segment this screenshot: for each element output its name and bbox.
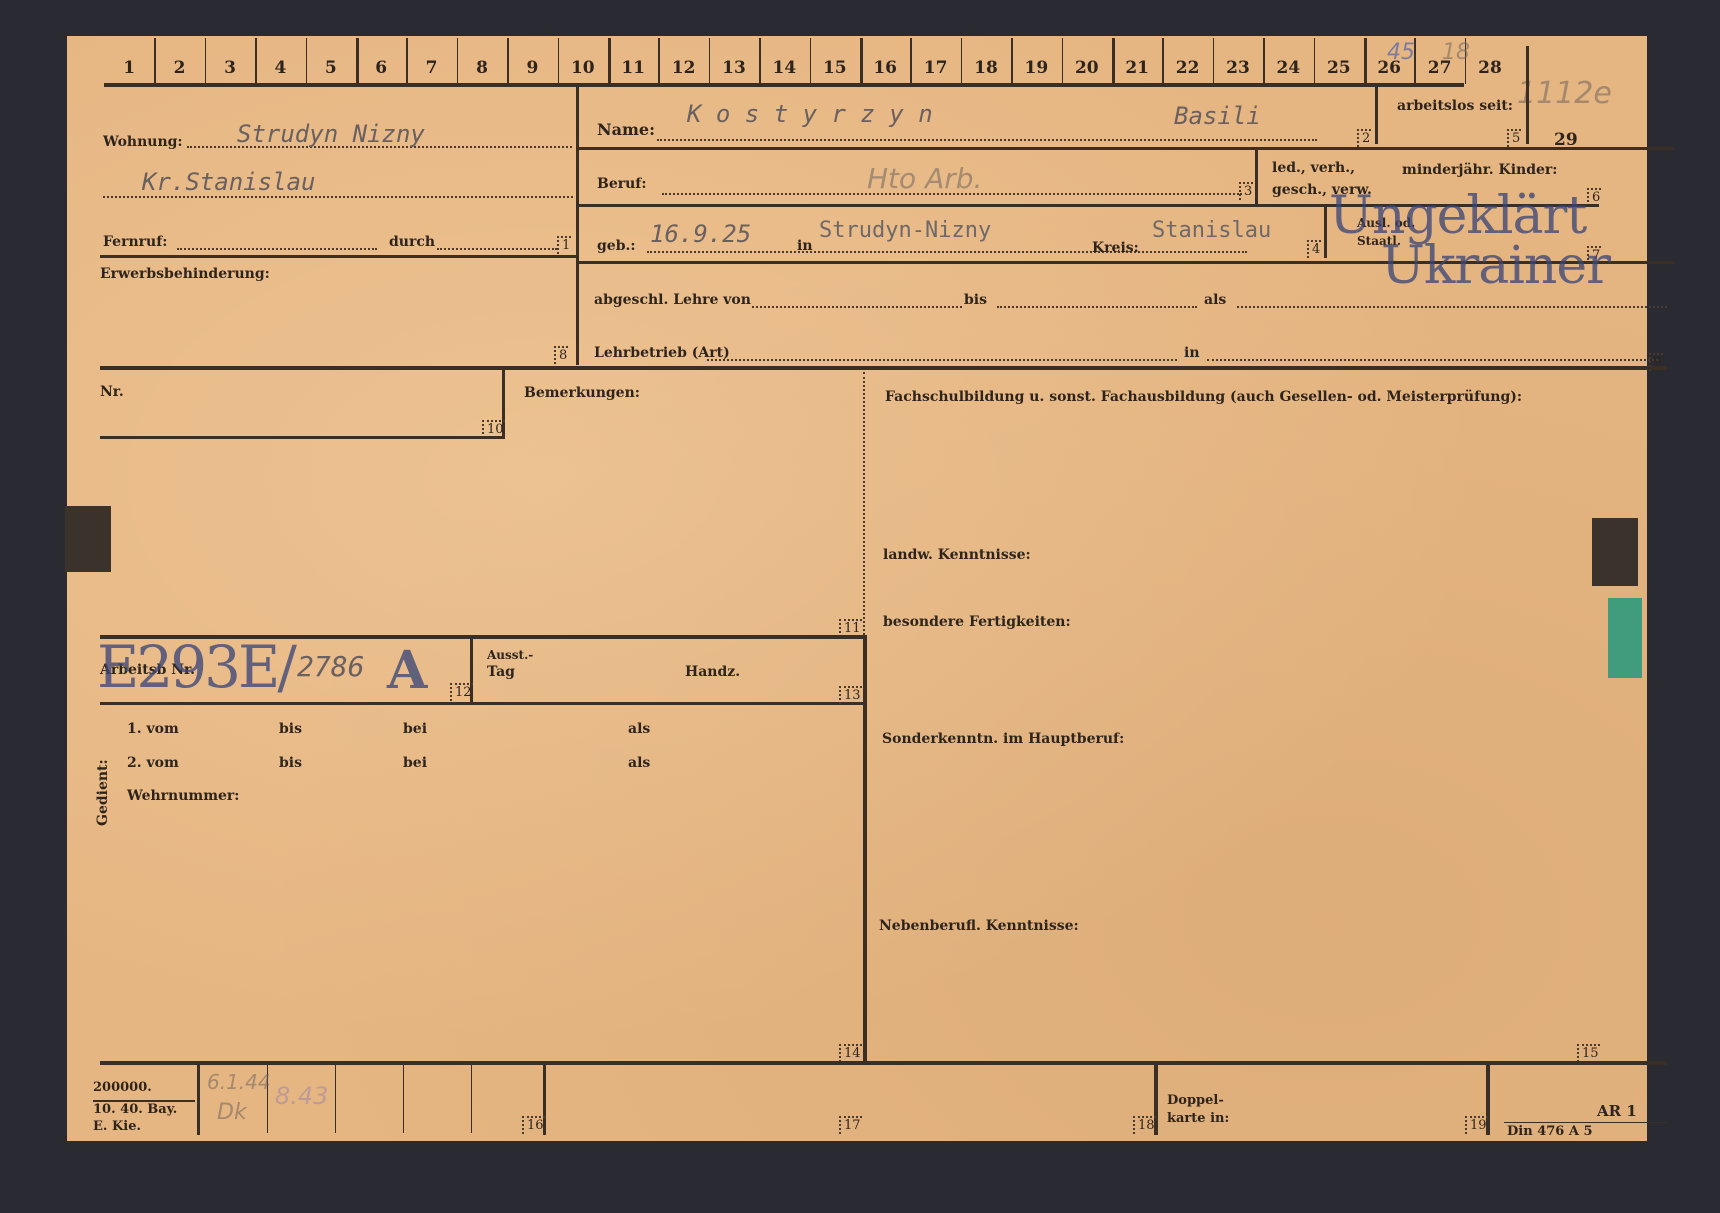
header-number: 28 <box>1470 58 1510 78</box>
header-number: 5 <box>311 58 351 78</box>
name-label: Name: <box>597 120 655 139</box>
header-number: 18 <box>966 58 1006 78</box>
wohnung-label: Wohnung: <box>103 134 183 150</box>
gedient-row1-vom: 1. vom <box>127 721 179 737</box>
gedient-row2-als: als <box>628 755 650 771</box>
header-number: 24 <box>1268 58 1308 78</box>
print-date: 10. 40. Bay. <box>93 1102 177 1117</box>
din-code: Din 476 A 5 <box>1507 1124 1593 1139</box>
field-line <box>103 196 573 198</box>
wohnung-value-2: Kr.Stanislau <box>142 168 315 196</box>
header-tick <box>810 38 812 84</box>
header-number: 12 <box>664 58 704 78</box>
field-number-19: 19 <box>1465 1116 1488 1134</box>
field-line <box>437 248 557 250</box>
header-number: 15 <box>815 58 855 78</box>
field-line <box>1207 359 1662 361</box>
arbeitslos-label: arbeitslos seit: <box>1397 98 1513 114</box>
header-number: 11 <box>613 58 653 78</box>
field-number-14: 14 <box>839 1044 862 1062</box>
punch-mark-left <box>65 506 111 572</box>
gedient-row2-vom: 2. vom <box>127 755 179 771</box>
fertigkeiten-label: besondere Fertigkeiten: <box>883 614 1071 630</box>
firstname-value: Basili <box>1174 102 1261 130</box>
rule <box>100 255 578 258</box>
divider <box>335 1065 336 1133</box>
lehre-bis-label: bis <box>964 292 987 308</box>
header-number: 16 <box>865 58 905 78</box>
field-line <box>752 306 962 308</box>
gedient-row1-als: als <box>628 721 650 737</box>
field-line <box>1237 306 1667 308</box>
divider <box>1526 46 1529 144</box>
gedient-row1-bei: bei <box>403 721 427 737</box>
header-number: 21 <box>1117 58 1157 78</box>
header-tick <box>306 38 308 84</box>
header-number: 22 <box>1168 58 1208 78</box>
field-line <box>657 139 1317 141</box>
handwritten-above-27: 18 <box>1442 40 1470 65</box>
header-rule <box>104 83 1464 87</box>
divider <box>576 87 579 365</box>
field-number-8: 8 <box>554 346 568 364</box>
field-number-17: 17 <box>839 1116 862 1134</box>
doppelkarte-label-1: Doppel- <box>1167 1093 1224 1108</box>
header-tick <box>406 38 408 84</box>
field-number-16: 16 <box>522 1116 545 1134</box>
gedient-row2-bis: bis <box>279 755 302 771</box>
header-tick <box>1213 38 1215 84</box>
wohnung-value: Strudyn Nizny <box>237 120 425 148</box>
field-line <box>707 359 1177 361</box>
header-tick <box>1162 38 1164 84</box>
rule <box>579 147 1674 150</box>
wehrnummer-label: Wehrnummer: <box>127 788 239 804</box>
header-number: 25 <box>1319 58 1359 78</box>
header-number: 19 <box>1016 58 1056 78</box>
header-tick <box>759 38 761 84</box>
handz-label: Handz. <box>685 664 740 680</box>
header-tick <box>658 38 660 84</box>
field-line <box>177 248 377 250</box>
nebenberufl-label: Nebenberufl. Kenntnisse: <box>879 918 1079 934</box>
header-tick <box>255 38 257 84</box>
header-number: 23 <box>1218 58 1258 78</box>
fernruf-label: Fernruf: <box>103 234 167 250</box>
field-number-1: 1 <box>557 236 571 254</box>
geb-value: 16.9.25 <box>650 220 751 248</box>
field-number-4: 4 <box>1307 240 1321 258</box>
header-tick <box>1314 38 1316 84</box>
header-number: 9 <box>512 58 552 78</box>
header-tick <box>910 38 912 84</box>
registration-card: 1234567891011121314151617181920212223242… <box>67 36 1647 1141</box>
header-number: 3 <box>210 58 250 78</box>
field-number-3: 3 <box>1239 182 1253 200</box>
handwritten-date-2: 8.43 <box>275 1082 328 1110</box>
header-number: 13 <box>714 58 754 78</box>
header-tick <box>205 38 207 84</box>
header-tick <box>507 38 509 84</box>
divider <box>197 1065 200 1135</box>
form-code: AR 1 <box>1597 1102 1637 1120</box>
header-number: 17 <box>916 58 956 78</box>
header-tick <box>709 38 711 84</box>
handwritten-initials: Dk <box>217 1100 247 1125</box>
geburtsort-value: Strudyn-Nizny <box>819 218 991 243</box>
header-tick <box>860 38 863 84</box>
divider <box>403 1065 404 1133</box>
handwritten-above-26: 45 <box>1387 40 1415 65</box>
geb-label: geb.: <box>597 238 636 254</box>
rule <box>100 366 1667 370</box>
ausst-label-2: Tag <box>487 664 515 680</box>
kreis-value: Stanislau <box>1152 218 1271 243</box>
punch-mark-right <box>1592 518 1638 586</box>
divider <box>1255 150 1258 205</box>
ausst-label-1: Ausst.- <box>487 648 533 662</box>
lehre-label: abgeschl. Lehre von <box>594 292 751 308</box>
gedient-row1-bis: bis <box>279 721 302 737</box>
header-number: 2 <box>160 58 200 78</box>
lehre-als-label: als <box>1204 292 1226 308</box>
field-number-18: 18 <box>1133 1116 1156 1134</box>
printer-name: E. Kie. <box>93 1119 141 1134</box>
rule <box>100 436 505 439</box>
green-index-tab <box>1608 598 1642 678</box>
field-number-5: 5 <box>1507 129 1521 147</box>
header-tick <box>457 38 459 84</box>
header-tick <box>961 38 963 84</box>
header-number: 6 <box>361 58 401 78</box>
arbeitsamt-letter-stamp: A <box>387 640 427 701</box>
header-tick <box>356 38 359 84</box>
header-number: 4 <box>260 58 300 78</box>
field-number-15: 15 <box>1577 1044 1600 1062</box>
divider <box>1375 87 1378 144</box>
familienstand-line1: led., verh., <box>1272 160 1355 176</box>
durch-label: durch <box>389 234 435 250</box>
header-number: 14 <box>764 58 804 78</box>
gedient-row2-bei: bei <box>403 755 427 771</box>
rule <box>100 702 866 705</box>
header-tick <box>608 38 611 84</box>
surname-value: K o s t y r z y n <box>687 100 933 128</box>
dotted-divider <box>863 372 865 635</box>
header-number: 1 <box>109 58 149 78</box>
header-number: 10 <box>563 58 603 78</box>
handwritten-top-right: 1112e <box>1517 76 1612 111</box>
handwritten-date: 6.1.44 <box>207 1070 271 1094</box>
arbeitsamt-number: 2786 <box>297 650 364 683</box>
erwerbsbehinderung-label: Erwerbsbehinderung: <box>100 266 270 282</box>
handwritten-beruf: Hto Arb. <box>867 162 982 195</box>
header-tick <box>1112 38 1115 84</box>
header-number: 8 <box>462 58 502 78</box>
divider <box>1324 206 1327 258</box>
kinder-label: minderjähr. Kinder: <box>1402 162 1557 178</box>
field-line <box>997 306 1197 308</box>
landw-label: landw. Kenntnisse: <box>883 547 1031 563</box>
field-number-12: 12 <box>450 683 473 701</box>
nationality-stamp: Ukrainer <box>1381 236 1610 296</box>
header-number: 20 <box>1067 58 1107 78</box>
bemerkungen-label: Bemerkungen: <box>524 385 640 401</box>
header-number: 7 <box>412 58 452 78</box>
header-tick <box>1263 38 1265 84</box>
header-tick <box>154 38 156 84</box>
print-run: 200000. <box>93 1080 152 1095</box>
sonderkenntn-label: Sonderkenntn. im Hauptberuf: <box>882 731 1124 747</box>
beruf-label: Beruf: <box>597 176 647 192</box>
doppelkarte-label-2: karte in: <box>1167 1111 1229 1126</box>
field-number-13: 13 <box>839 686 862 704</box>
form-code-divider <box>1504 1122 1667 1123</box>
header-tick <box>1011 38 1013 84</box>
field-number-2: 2 <box>1357 129 1371 147</box>
arbeitsamt-stamp: E293E/ <box>97 633 294 701</box>
divider <box>471 1065 472 1133</box>
kreis-label: Kreis: <box>1092 240 1139 256</box>
field-line <box>647 251 1247 253</box>
divider <box>863 635 867 1061</box>
fachschul-label: Fachschulbildung u. sonst. Fachausbildun… <box>885 389 1522 405</box>
header-tick <box>1364 38 1367 84</box>
header-tick <box>1062 38 1064 84</box>
lehrbetrieb-in-label: in <box>1184 345 1200 361</box>
gedient-label: Gedient: <box>95 759 111 826</box>
in-label: in <box>797 238 813 254</box>
header-tick <box>558 38 560 84</box>
nr-label: Nr. <box>100 384 124 400</box>
